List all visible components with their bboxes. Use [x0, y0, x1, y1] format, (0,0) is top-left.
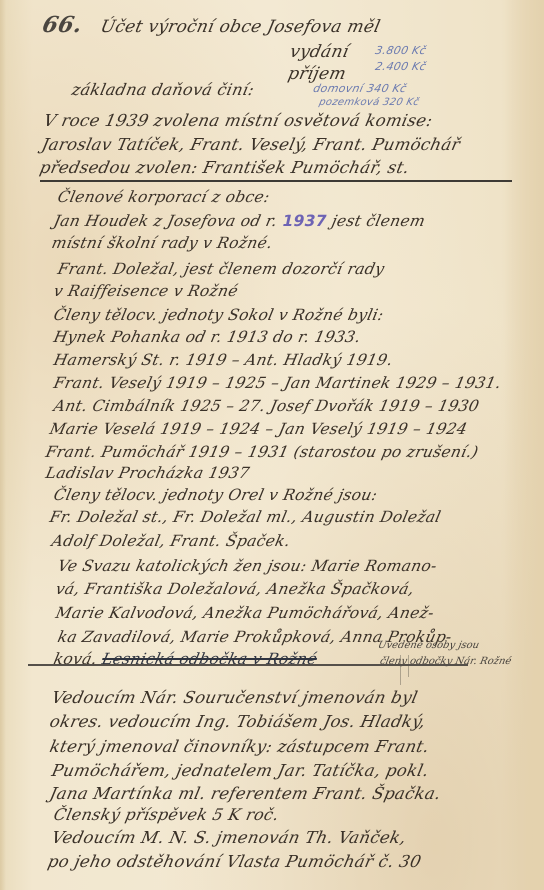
entry-number: 66.: [40, 12, 85, 38]
association-line: Jana Martínka ml. referentem Frant. Špač…: [48, 784, 443, 803]
section-divider-2: [28, 664, 468, 666]
page-edge-left: [0, 0, 6, 890]
association-line: Pumöchářem, jednatelem Jar. Tatíčka, pok…: [50, 761, 431, 780]
members-line: Ant. Cimbálník 1925 – 27. Josef Dvořák 1…: [52, 397, 481, 415]
tax-land-value: pozemková 320 Kč: [318, 97, 420, 108]
commission-line-2: Jaroslav Tatíček, Frant. Veselý, Frant. …: [40, 135, 462, 154]
tax-house-value: domovní 340 Kč: [312, 82, 408, 95]
members-line: Adolf Doležal, Frant. Špaček.: [50, 532, 292, 550]
budget-heading-line: 66. Účet výroční obce Josefova měl: [40, 12, 383, 38]
members-line: Frant. Pumöchář 1919 – 1931 (starostou p…: [44, 443, 480, 461]
association-line: Členský příspěvek 5 K roč.: [52, 805, 281, 824]
income-value: 2.400 Kč: [374, 60, 427, 73]
members-line: Hynek Pohanka od r. 1913 do r. 1933.: [52, 328, 363, 346]
association-line: Vedoucím Nár. Souručenství jmenován byl: [50, 688, 420, 707]
members-line: Fr. Doležal st., Fr. Doležal ml., August…: [48, 508, 443, 526]
members-line: Ladislav Procházka 1937: [44, 464, 251, 482]
association-line: po jeho odstěhování Vlasta Pumöchář č. 3…: [46, 852, 423, 871]
members-line: Členy tělocv. jednoty Orel v Rožné jsou:: [52, 486, 379, 504]
members-line: Frant. Doležal, jest členem dozorčí rady: [56, 260, 386, 278]
association-line: okres. vedoucím Ing. Tobiášem Jos. Hladk…: [48, 712, 427, 731]
expenses-value: 3.800 Kč: [374, 44, 427, 57]
members-line: místní školní rady v Rožné.: [50, 234, 274, 252]
year-highlight: 1937: [281, 212, 329, 230]
association-line: který jmenoval činovníky: zástupcem Fran…: [48, 737, 431, 756]
budget-heading: Účet výroční obce Josefova měl: [99, 17, 383, 37]
commission-line-1: V roce 1939 zvolena místní osvětová komi…: [42, 111, 434, 130]
members-line: Jan Houdek z Josefova od r. 1937 jest čl…: [52, 212, 427, 230]
manuscript-page: 66. Účet výroční obce Josefova měl vydán…: [0, 0, 544, 890]
members-heading: Členové korporací z obce:: [56, 188, 272, 206]
members-line: Marie Veselá 1919 – 1924 – Jan Veselý 19…: [48, 420, 469, 438]
members-line: Ve Svazu katolických žen jsou: Marie Rom…: [56, 557, 439, 575]
members-line: Hamerský St. r. 1919 – Ant. Hladký 1919.: [52, 351, 395, 369]
margin-note-1: Uvedené osoby jsou: [377, 640, 480, 651]
members-line: Frant. Veselý 1919 – 1925 – Jan Martinek…: [52, 374, 503, 392]
income-label: příjem: [286, 64, 348, 84]
pencil-mark: [408, 655, 409, 677]
expenses-label: vydání: [288, 42, 351, 62]
section-divider-1: [40, 180, 512, 182]
page-edge-right: [504, 0, 544, 890]
members-line: Členy tělocv. jednoty Sokol v Rožné byli…: [52, 306, 385, 324]
members-line: vá, Františka Doležalová, Anežka Špačkov…: [54, 580, 416, 598]
tax-label: základna daňová činí:: [70, 80, 256, 99]
association-line: Vedoucím M. N. S. jmenován Th. Vaňček,: [50, 828, 408, 847]
members-line: Marie Kalvodová, Anežka Pumöchářová, Ane…: [54, 604, 436, 622]
pencil-mark: [400, 655, 401, 685]
commission-line-3: předsedou zvolen: František Pumöchář, st…: [38, 158, 411, 177]
members-line: v Raiffeisence v Rožné: [52, 282, 240, 300]
